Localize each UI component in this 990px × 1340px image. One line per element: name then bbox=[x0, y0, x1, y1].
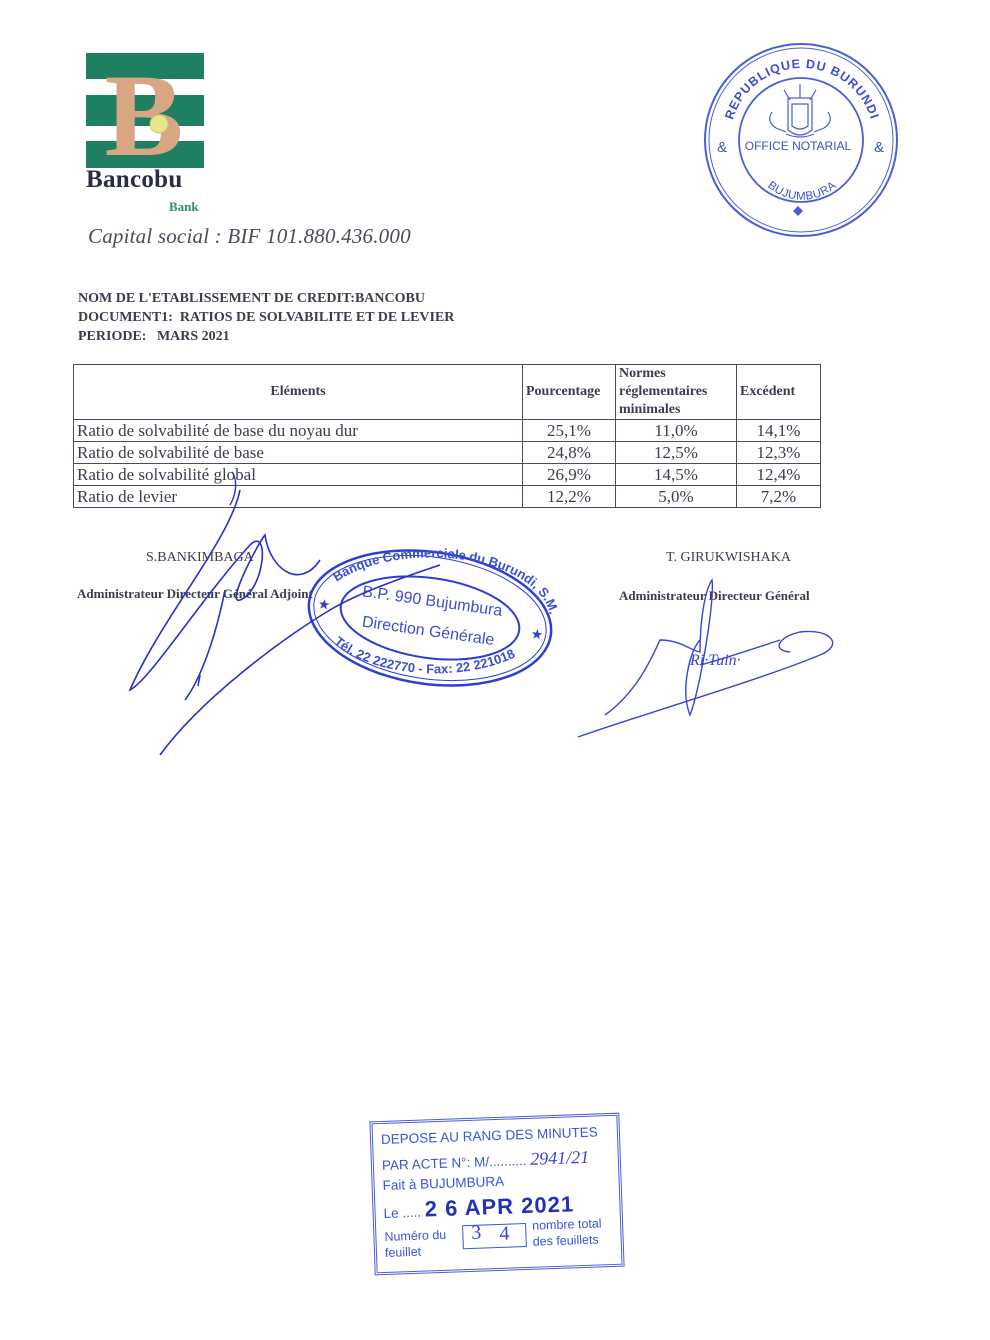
bank-stamp-address: B.P. 990 Bujumbura bbox=[361, 583, 503, 619]
deposit-line-1: DEPOSE AU RANG DES MINUTES bbox=[381, 1124, 598, 1147]
signature-stroke bbox=[230, 472, 236, 505]
deposit-line-2: PAR ACTE N°: M/.......... 2941/21 bbox=[382, 1147, 590, 1175]
svg-text:BUJUMBURA: BUJUMBURA bbox=[765, 179, 838, 202]
deposit-date: 2 6 APR 2021 bbox=[424, 1191, 574, 1221]
total-sheets-label-2: des feuillets bbox=[532, 1232, 598, 1248]
bank-stamp-direction: Direction Générale bbox=[361, 614, 496, 649]
notary-stamp: REPUBLIQUE DU BURUNDI BUJUMBURA OFFICE N… bbox=[705, 44, 897, 236]
deposit-line-3: Fait à BUJUMBURA bbox=[382, 1174, 504, 1193]
diamond-icon bbox=[793, 206, 803, 216]
sheet-label: feuillet bbox=[385, 1245, 422, 1260]
deposit-date-prefix: Le ..... bbox=[383, 1205, 421, 1221]
notary-center-text: OFFICE NOTARIAL bbox=[745, 139, 852, 153]
total-sheets-label-1: nombre total bbox=[532, 1216, 602, 1232]
star-icon-right: ★ bbox=[530, 627, 545, 644]
sheet-number: 3 bbox=[471, 1222, 482, 1245]
deposit-stamp: DEPOSE AU RANG DES MINUTES PAR ACTE N°: … bbox=[369, 1113, 624, 1276]
signature-right: Ri·Tuin· bbox=[578, 580, 833, 737]
sheet-number-label: Numéro du bbox=[384, 1228, 446, 1244]
sheet-count-box: 3 4 bbox=[462, 1223, 527, 1249]
svg-text:Ri·Tuin·: Ri·Tuin· bbox=[689, 652, 741, 669]
deposit-act-number: 2941/21 bbox=[530, 1147, 590, 1169]
total-sheets: 4 bbox=[499, 1223, 510, 1246]
ampersand-right: & bbox=[874, 139, 884, 156]
notary-bottom-text: BUJUMBURA bbox=[765, 179, 838, 202]
coat-of-arms-icon bbox=[770, 84, 831, 137]
deposit-act-label: PAR ACTE N°: M/.......... bbox=[382, 1153, 527, 1173]
ampersand-left: & bbox=[717, 139, 727, 156]
